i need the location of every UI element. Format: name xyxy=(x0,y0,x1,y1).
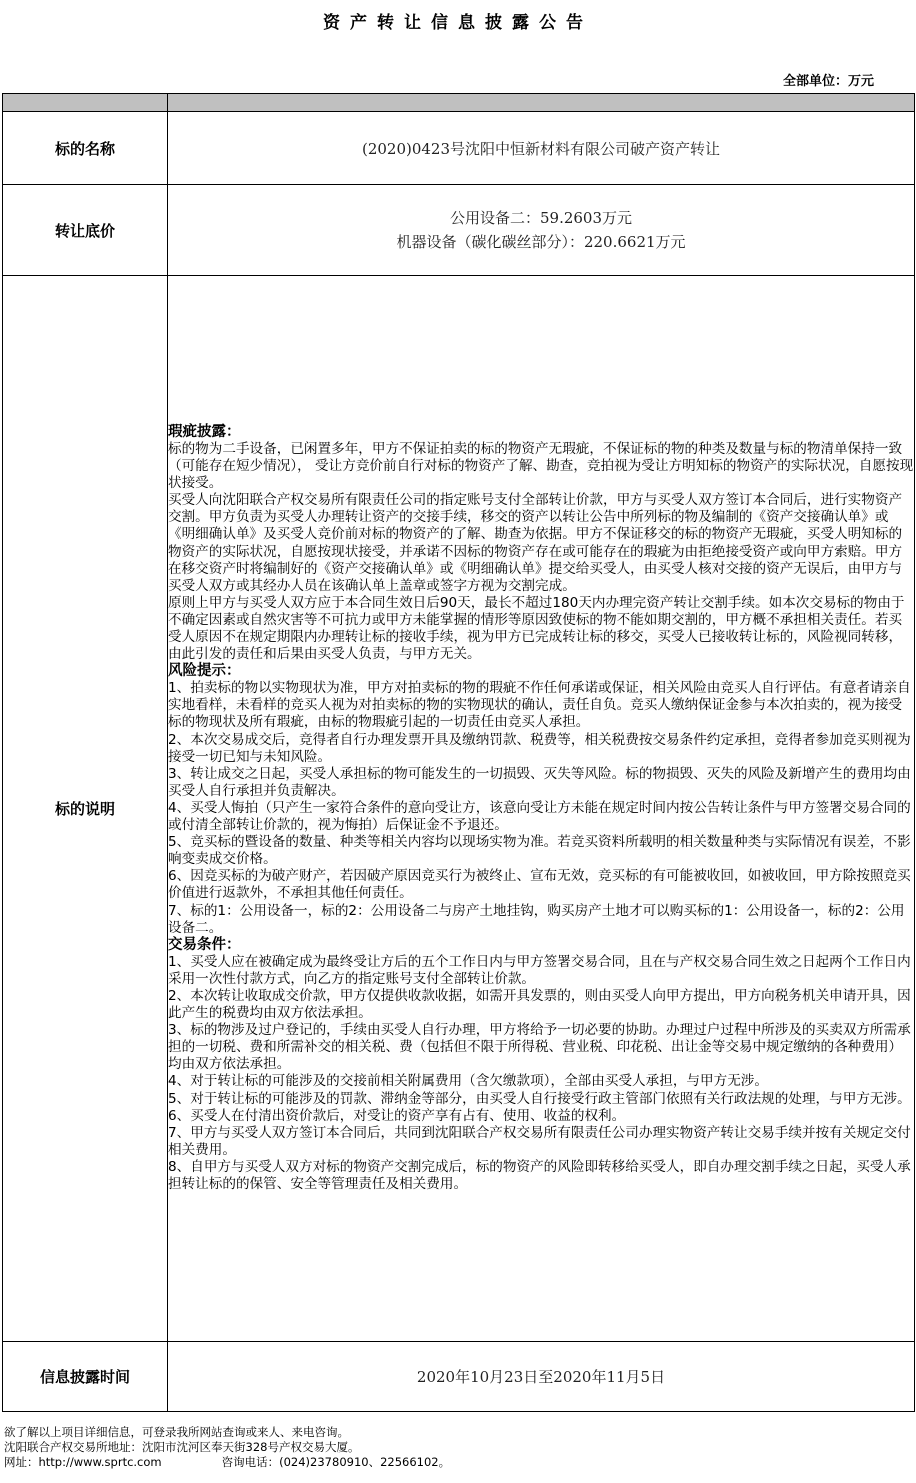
row-label: 标的说明 xyxy=(3,276,168,1342)
section-heading: 交易条件： xyxy=(168,937,914,954)
footer-info: 欲了解以上项目详细信息，可登录我所网站查询或来人、来电咨询。 xyxy=(4,1425,450,1440)
table-row-disclosure-time: 信息披露时间 2020年10月23日至2020年11月5日 xyxy=(3,1342,915,1412)
paragraph: 4、买受人悔拍（只产生一家符合条件的意向受让方，该意向受让方未能在规定时间内按公… xyxy=(168,800,914,834)
price-cell: 公用设备二：59.2603万元 机器设备（碳化碳丝部分）：220.6621万元 xyxy=(168,185,915,276)
price-line: 机器设备（碳化碳丝部分）：220.6621万元 xyxy=(168,230,914,254)
paragraph: 7、甲方与买受人双方签订本合同后，共同到沈阳联合产权交易所有限责任公司办理实物资… xyxy=(168,1125,914,1159)
asset-name: (2020)0423号沈阳中恒新材料有限公司破产资产转让 xyxy=(168,112,915,185)
paragraph: 标的物为二手设备，已闲置多年，甲方不保证拍卖的标的物资产无瑕疵，不保证标的物的种… xyxy=(168,441,914,492)
footer-address: 沈阳联合产权交易所地址：沈阳市沈河区奉天街328号产权交易大厦。 xyxy=(4,1440,450,1455)
paragraph: 5、对于转让标的可能涉及的罚款、滞纳金等部分，由买受人自行接受行政主管部门依照有… xyxy=(168,1091,914,1108)
section-heading: 瑕疵披露： xyxy=(168,424,914,441)
table-row-description: 标的说明 瑕疵披露： 标的物为二手设备，已闲置多年，甲方不保证拍卖的标的物资产无… xyxy=(3,276,915,1342)
paragraph: 5、竞买标的暨设备的数量、种类等相关内容均以现场实物为准。若竞买资料所载明的相关… xyxy=(168,834,914,868)
paragraph: 4、对于转让标的可能涉及的交接前相关附属费用（含欠缴款项），全部由买受人承担，与… xyxy=(168,1073,914,1090)
paragraph: 买受人向沈阳联合产权交易所有限责任公司的指定账号支付全部转让价款，甲方与买受人双… xyxy=(168,492,914,595)
paragraph: 2、本次转让收取成交价款，甲方仅提供收款收据，如需开具发票的，则由买受人向甲方提… xyxy=(168,988,914,1022)
header-cell-left xyxy=(3,94,168,112)
paragraph: 原则上甲方与买受人双方应于本合同生效日后90天，最长不超过180天内办理完资产转… xyxy=(168,595,914,663)
phone-number: (024)23780910、22566102。 xyxy=(279,1455,450,1469)
row-label: 标的名称 xyxy=(3,112,168,185)
paragraph: 1、拍卖标的物以实物现状为准，甲方对拍卖标的物的瑕疵不作任何承诺或保证，相关风险… xyxy=(168,680,914,731)
disclosure-period: 2020年10月23日至2020年11月5日 xyxy=(168,1342,915,1412)
table-row-name: 标的名称 (2020)0423号沈阳中恒新材料有限公司破产资产转让 xyxy=(3,112,915,185)
header-cell-right xyxy=(168,94,915,112)
disclosure-table: 标的名称 (2020)0423号沈阳中恒新材料有限公司破产资产转让 转让底价 公… xyxy=(2,93,915,1412)
table-row-price: 转让底价 公用设备二：59.2603万元 机器设备（碳化碳丝部分）：220.66… xyxy=(3,185,915,276)
paragraph: 6、因竞买标的为破产财产，若因破产原因竞买行为被终止、宣布无效，竞买标的有可能被… xyxy=(168,868,914,902)
price-line: 公用设备二：59.2603万元 xyxy=(168,206,914,230)
paragraph: 8、自甲方与买受人双方对标的物资产交割完成后，标的物资产的风险即转移给买受人，即… xyxy=(168,1159,914,1193)
website-link[interactable]: http://www.sprtc.com xyxy=(39,1455,162,1469)
paragraph: 3、转让成交之日起，买受人承担标的物可能发生的一切损毁、灭失等风险。标的物损毁、… xyxy=(168,766,914,800)
footer-contact: 网址：http://www.sprtc.com咨询电话：(024)2378091… xyxy=(4,1455,450,1470)
row-label: 信息披露时间 xyxy=(3,1342,168,1412)
paragraph: 7、标的1：公用设备一，标的2：公用设备二与房产土地挂钩，购买房产土地才可以购买… xyxy=(168,903,914,937)
unit-note: 全部单位：万元 xyxy=(783,70,874,89)
section-heading: 风险提示： xyxy=(168,663,914,680)
paragraph: 1、买受人应在被确定成为最终受让方后的五个工作日内与甲方签署交易合同，且在与产权… xyxy=(168,954,914,988)
paragraph: 6、买受人在付清出资价款后，对受让的资产享有占有、使用、收益的权利。 xyxy=(168,1108,914,1125)
row-label: 转让底价 xyxy=(3,185,168,276)
description-cell: 瑕疵披露： 标的物为二手设备，已闲置多年，甲方不保证拍卖的标的物资产无瑕疵，不保… xyxy=(168,276,915,1342)
table-header-row xyxy=(3,94,915,112)
paragraph: 3、标的物涉及过户登记的，手续由买受人自行办理，甲方将给予一切必要的协助。办理过… xyxy=(168,1022,914,1073)
phone-label: 咨询电话： xyxy=(222,1455,280,1469)
website-label: 网址： xyxy=(4,1455,39,1469)
page-title: 资产转让信息披露公告 xyxy=(0,8,916,33)
paragraph: 2、本次交易成交后，竞得者自行办理发票开具及缴纳罚款、税费等，相关税费按交易条件… xyxy=(168,732,914,766)
footer: 欲了解以上项目详细信息，可登录我所网站查询或来人、来电咨询。 沈阳联合产权交易所… xyxy=(4,1425,450,1470)
